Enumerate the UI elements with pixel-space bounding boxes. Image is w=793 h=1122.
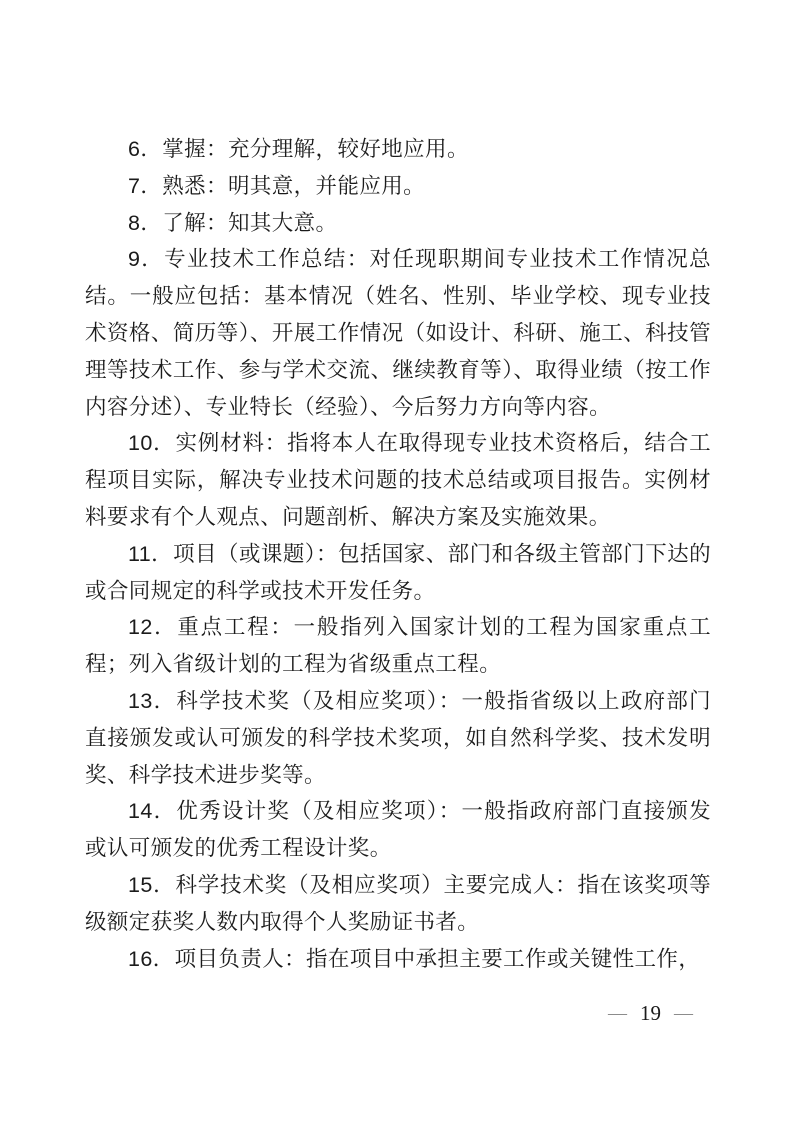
page-number-right-dash: —: [674, 1004, 693, 1023]
page-number: — 19 —: [608, 1001, 693, 1026]
paragraph: 8．了解：知其大意。: [85, 205, 711, 242]
page-number-value: 19: [640, 1001, 661, 1026]
paragraph: 10．实例材料：指将本人在取得现专业技术资格后，结合工程项目实际，解决专业技术问…: [85, 425, 711, 535]
paragraph: 13．科学技术奖（及相应奖项）：一般指省级以上政府部门直接颁发或认可颁发的科学技…: [85, 683, 711, 793]
paragraph: 14．优秀设计奖（及相应奖项）：一般指政府部门直接颁发或认可颁发的优秀工程设计奖…: [85, 793, 711, 867]
paragraph: 11．项目（或课题）：包括国家、部门和各级主管部门下达的或合同规定的科学或技术开…: [85, 536, 711, 610]
body-text: 6．掌握：充分理解，较好地应用。7．熟悉：明其意，并能应用。8．了解：知其大意。…: [85, 131, 711, 977]
paragraph: 6．掌握：充分理解，较好地应用。: [85, 131, 711, 168]
paragraph: 12．重点工程：一般指列入国家计划的工程为国家重点工程；列入省级计划的工程为省级…: [85, 609, 711, 683]
paragraph: 7．熟悉：明其意，并能应用。: [85, 168, 711, 205]
page-number-left-dash: —: [608, 1004, 627, 1023]
paragraph: 16．项目负责人：指在项目中承担主要工作或关键性工作，: [85, 941, 711, 978]
document-page: 6．掌握：充分理解，较好地应用。7．熟悉：明其意，并能应用。8．了解：知其大意。…: [0, 0, 793, 1122]
paragraph: 15．科学技术奖（及相应奖项）主要完成人：指在该奖项等级额定获奖人数内取得个人奖…: [85, 867, 711, 941]
paragraph: 9．专业技术工作总结：对任现职期间专业技术工作情况总结。一般应包括：基本情况（姓…: [85, 241, 711, 425]
